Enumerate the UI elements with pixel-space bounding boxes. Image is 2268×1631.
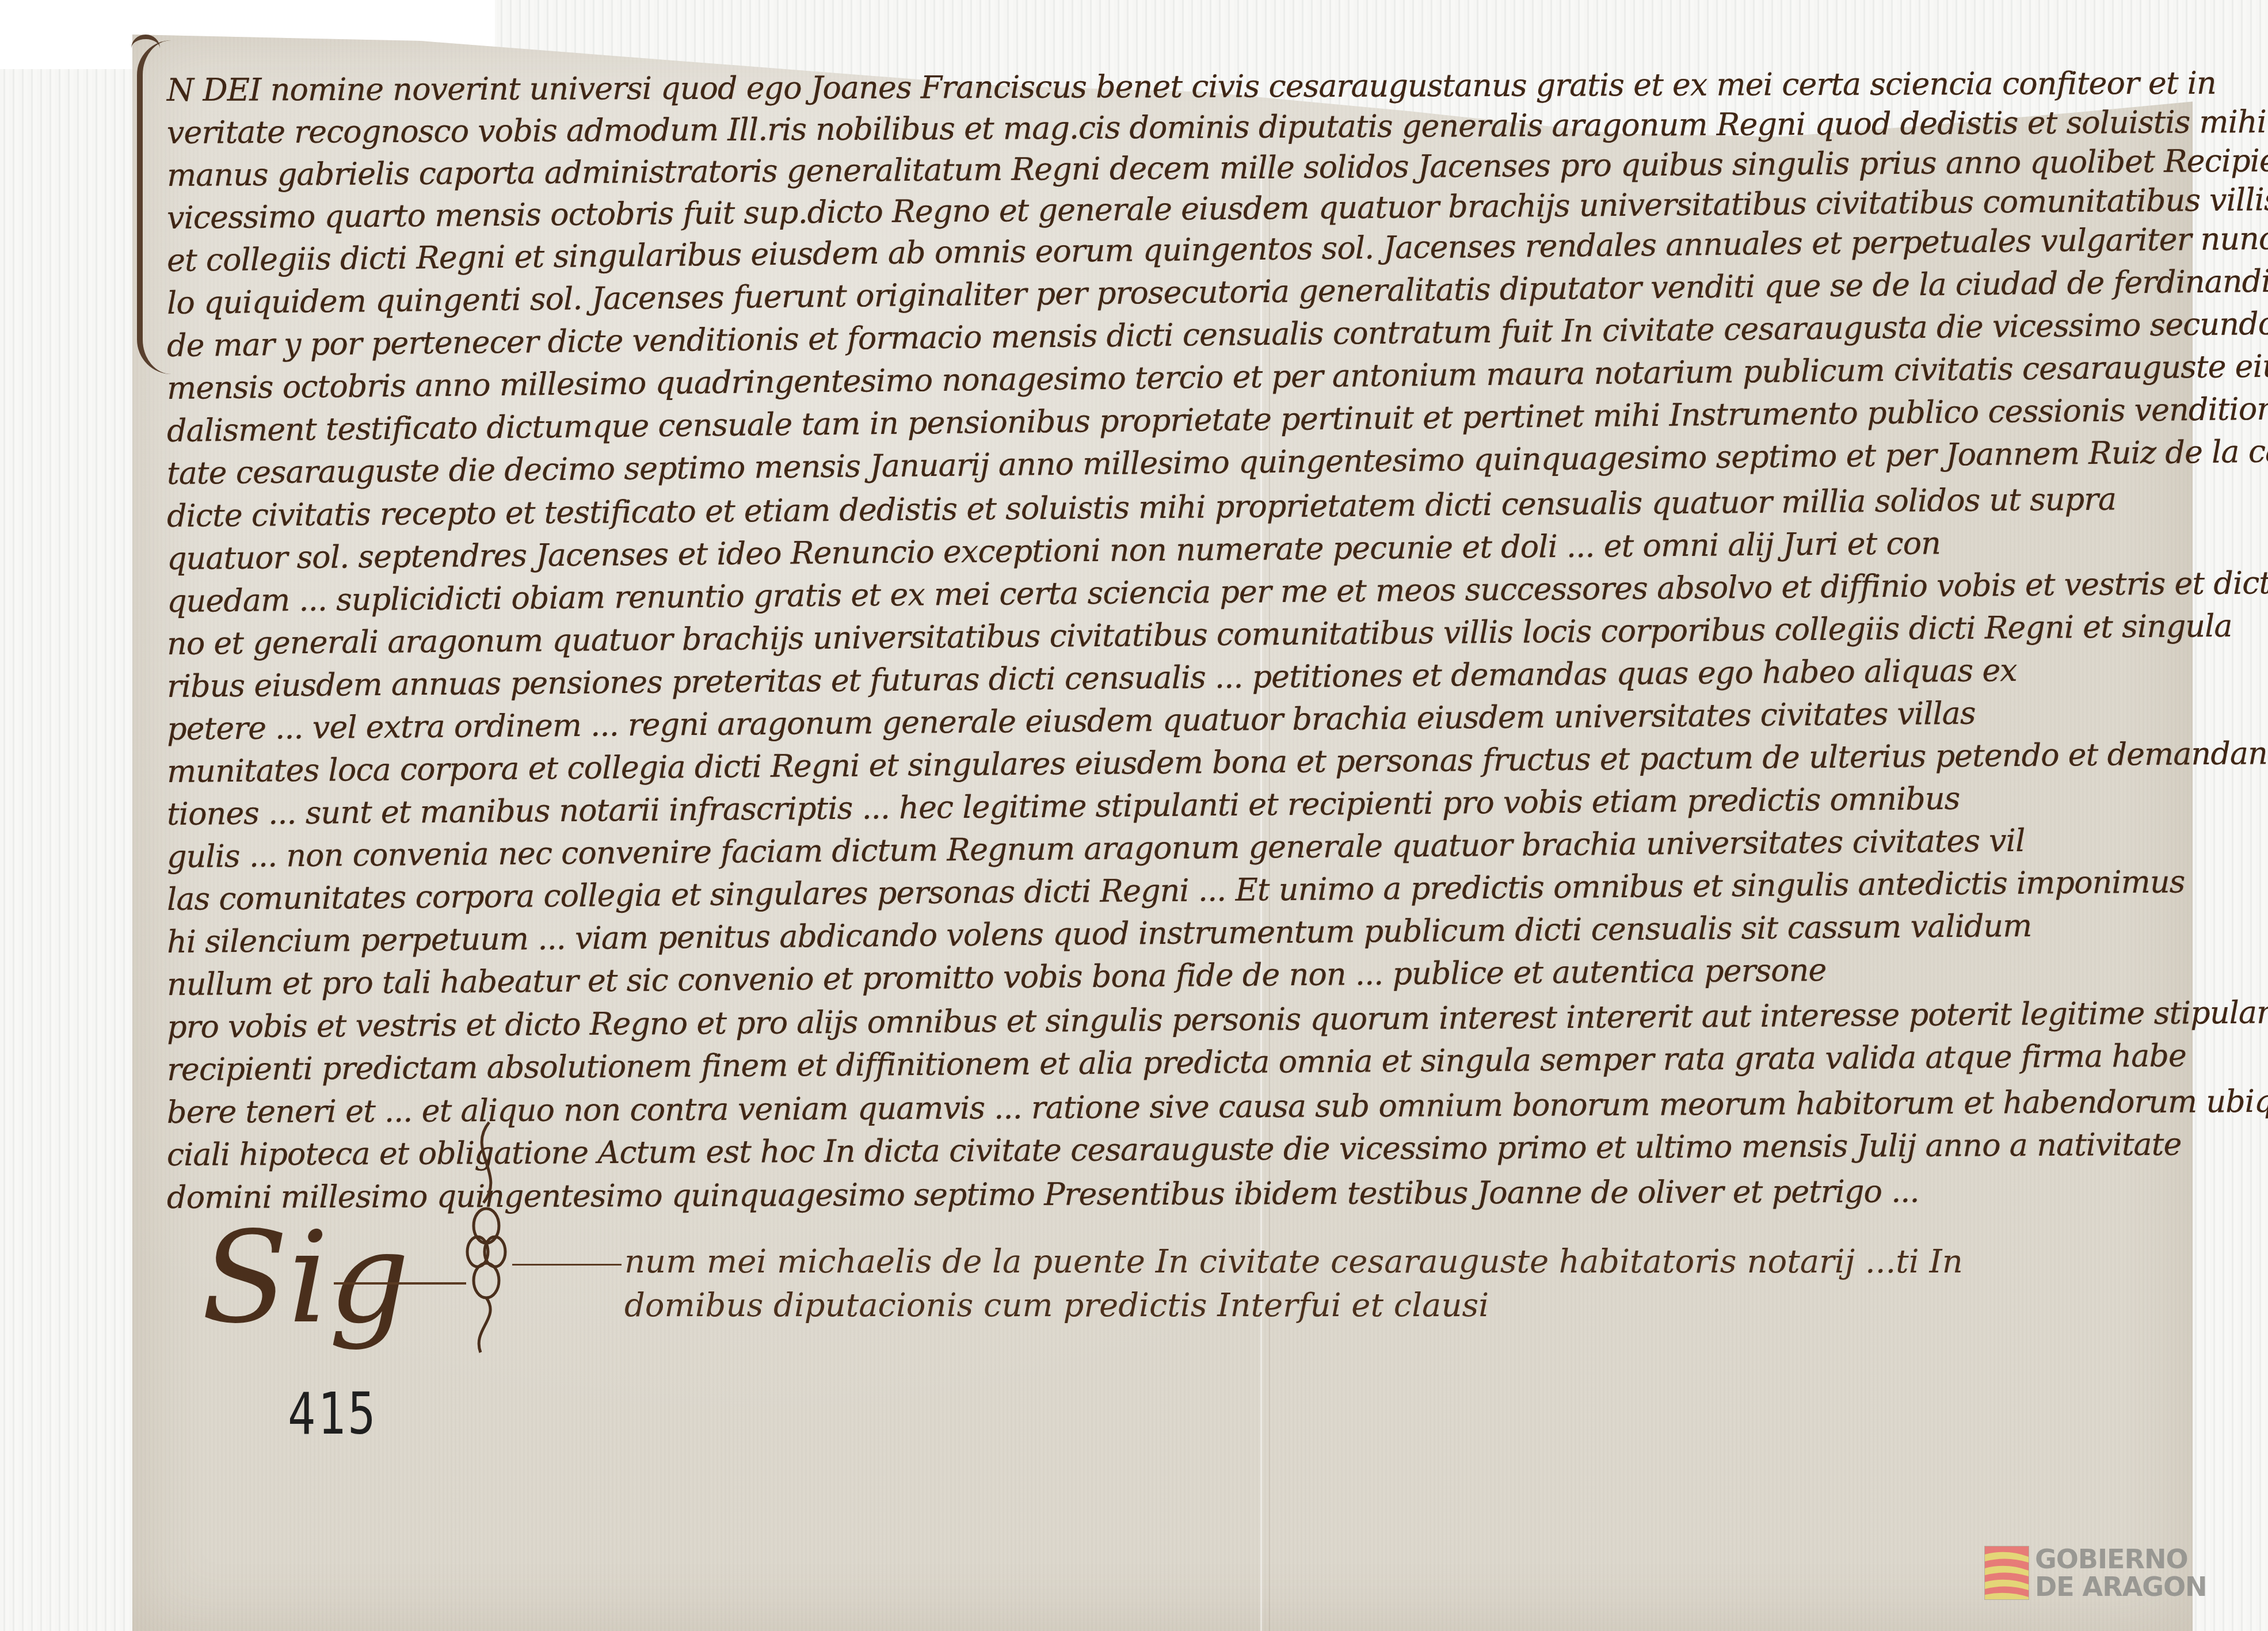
signum-label: Sig (201, 1204, 410, 1351)
notary-knot-mark-icon (460, 1116, 512, 1358)
notary-subscription-line: domibus diputacionis cum predictis Inter… (624, 1287, 1489, 1324)
signum-connector-line (334, 1282, 466, 1285)
archive-number: 415 (288, 1380, 378, 1447)
watermark-line-2: DE ARAGON (2035, 1573, 2207, 1600)
signum-initial: Sig (201, 1214, 410, 1341)
aragon-flag-icon (1984, 1546, 2029, 1600)
document-body: N DEI nomine noverint universi quod ego … (167, 69, 2147, 1219)
gobierno-de-aragon-watermark: GOBIERNO DE ARAGON (1984, 1545, 2207, 1600)
notary-subscription-line: num mei michaelis de la puente In civita… (624, 1243, 1963, 1281)
watermark-line-1: GOBIERNO (2035, 1545, 2207, 1573)
watermark-text: GOBIERNO DE ARAGON (2035, 1545, 2207, 1600)
signum-connector-line-right (512, 1264, 622, 1266)
